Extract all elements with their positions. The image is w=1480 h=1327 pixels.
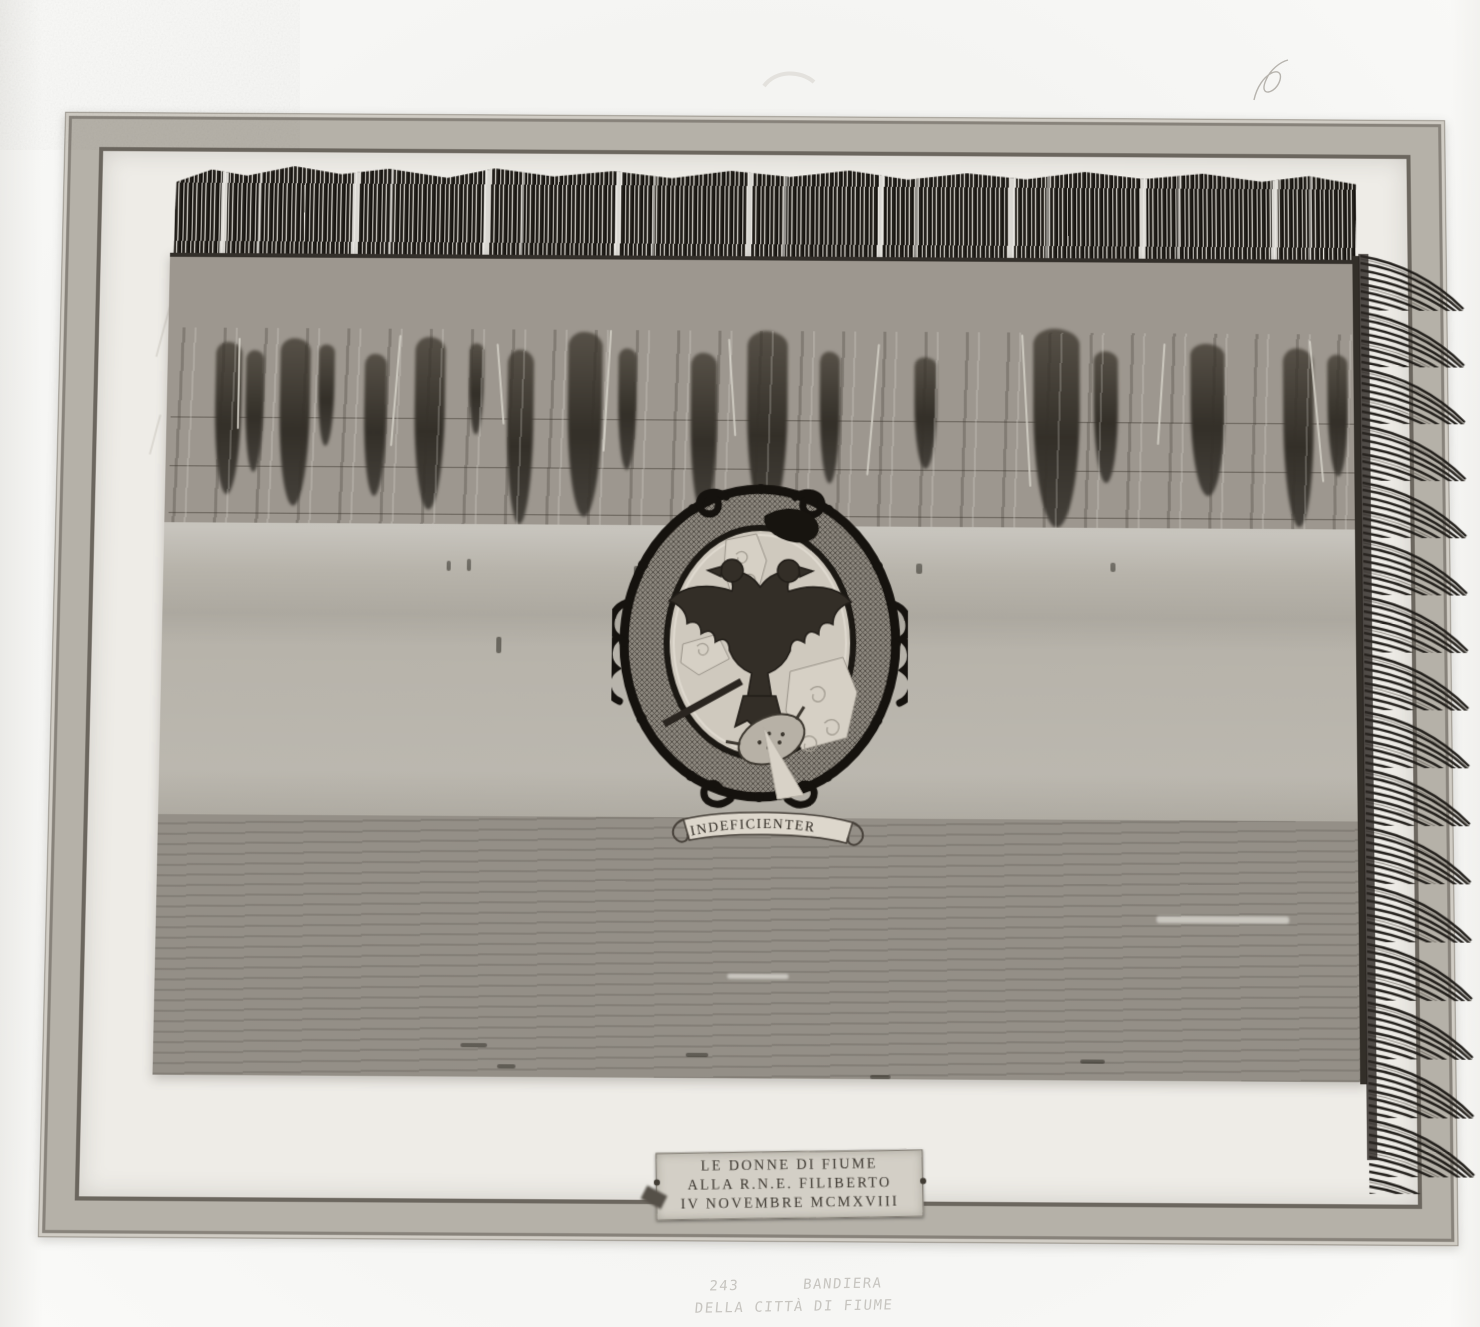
stain-mark xyxy=(1110,563,1115,572)
tear-mark xyxy=(1190,344,1225,496)
tear-mark xyxy=(413,337,446,510)
tear-mark xyxy=(278,338,311,506)
flag-fringe-right xyxy=(1358,254,1480,1195)
light-streak xyxy=(1156,916,1289,924)
tear-mark xyxy=(914,357,936,469)
tear-mark xyxy=(1327,355,1348,477)
tear-mark xyxy=(567,332,603,517)
tear-mark xyxy=(317,344,335,445)
framed-flag-photo: INDEFICIENTER xyxy=(38,112,1459,1246)
stain-mark xyxy=(447,561,451,571)
frayed-thread xyxy=(1021,335,1031,487)
light-streak xyxy=(727,974,788,980)
flag: INDEFICIENTER xyxy=(100,162,1409,1232)
photo-caption: 243 BANDIERA DELLA CITTÀ DI FIUME xyxy=(613,1271,977,1321)
tear-mark xyxy=(469,343,484,434)
wrinkle-mark xyxy=(460,1043,487,1047)
flag-fringe-top xyxy=(173,162,1356,268)
medallion-graphic xyxy=(610,480,908,817)
seam-line xyxy=(171,416,1356,424)
wrinkle-mark xyxy=(870,1075,891,1079)
frayed-thread xyxy=(497,344,505,425)
dedication-plaque: LE DONNE DI FIUME ALLA R.N.E. FILIBERTO … xyxy=(656,1149,924,1220)
frayed-thread xyxy=(602,330,612,451)
frayed-thread xyxy=(1309,341,1325,483)
tear-mark xyxy=(1283,348,1315,527)
frayed-thread xyxy=(866,344,880,475)
stain-mark xyxy=(496,637,501,653)
caption-number: 243 xyxy=(708,1275,740,1298)
tear-mark xyxy=(819,352,840,484)
plaque-line-3: IV NOVEMBRE MCMXVIII xyxy=(657,1193,923,1216)
tear-mark xyxy=(244,350,264,472)
caption-title: BANDIERA xyxy=(802,1272,883,1295)
frayed-thread xyxy=(237,338,241,429)
frayed-thread xyxy=(1157,344,1166,445)
motto-ribbon: INDEFICIENTER xyxy=(665,805,869,860)
pin-mark xyxy=(920,1178,926,1184)
pin-mark xyxy=(654,1179,660,1185)
tear-mark xyxy=(506,350,534,525)
seam-line xyxy=(170,465,1357,473)
frayed-thread xyxy=(390,335,401,446)
tear-mark xyxy=(618,348,637,470)
frayed-thread xyxy=(728,339,736,436)
ribbon-graphic: INDEFICIENTER xyxy=(665,805,869,860)
stain-mark xyxy=(916,564,922,574)
tear-mark xyxy=(213,342,242,494)
stain-mark xyxy=(467,559,471,571)
coat-of-arms-medallion xyxy=(610,480,908,817)
wrinkle-mark xyxy=(1080,1059,1105,1063)
tear-mark xyxy=(1094,351,1119,483)
tear-mark xyxy=(1033,329,1080,528)
wrinkle-mark xyxy=(686,1053,709,1057)
wrinkle-mark xyxy=(497,1064,515,1068)
tear-mark xyxy=(363,354,387,496)
